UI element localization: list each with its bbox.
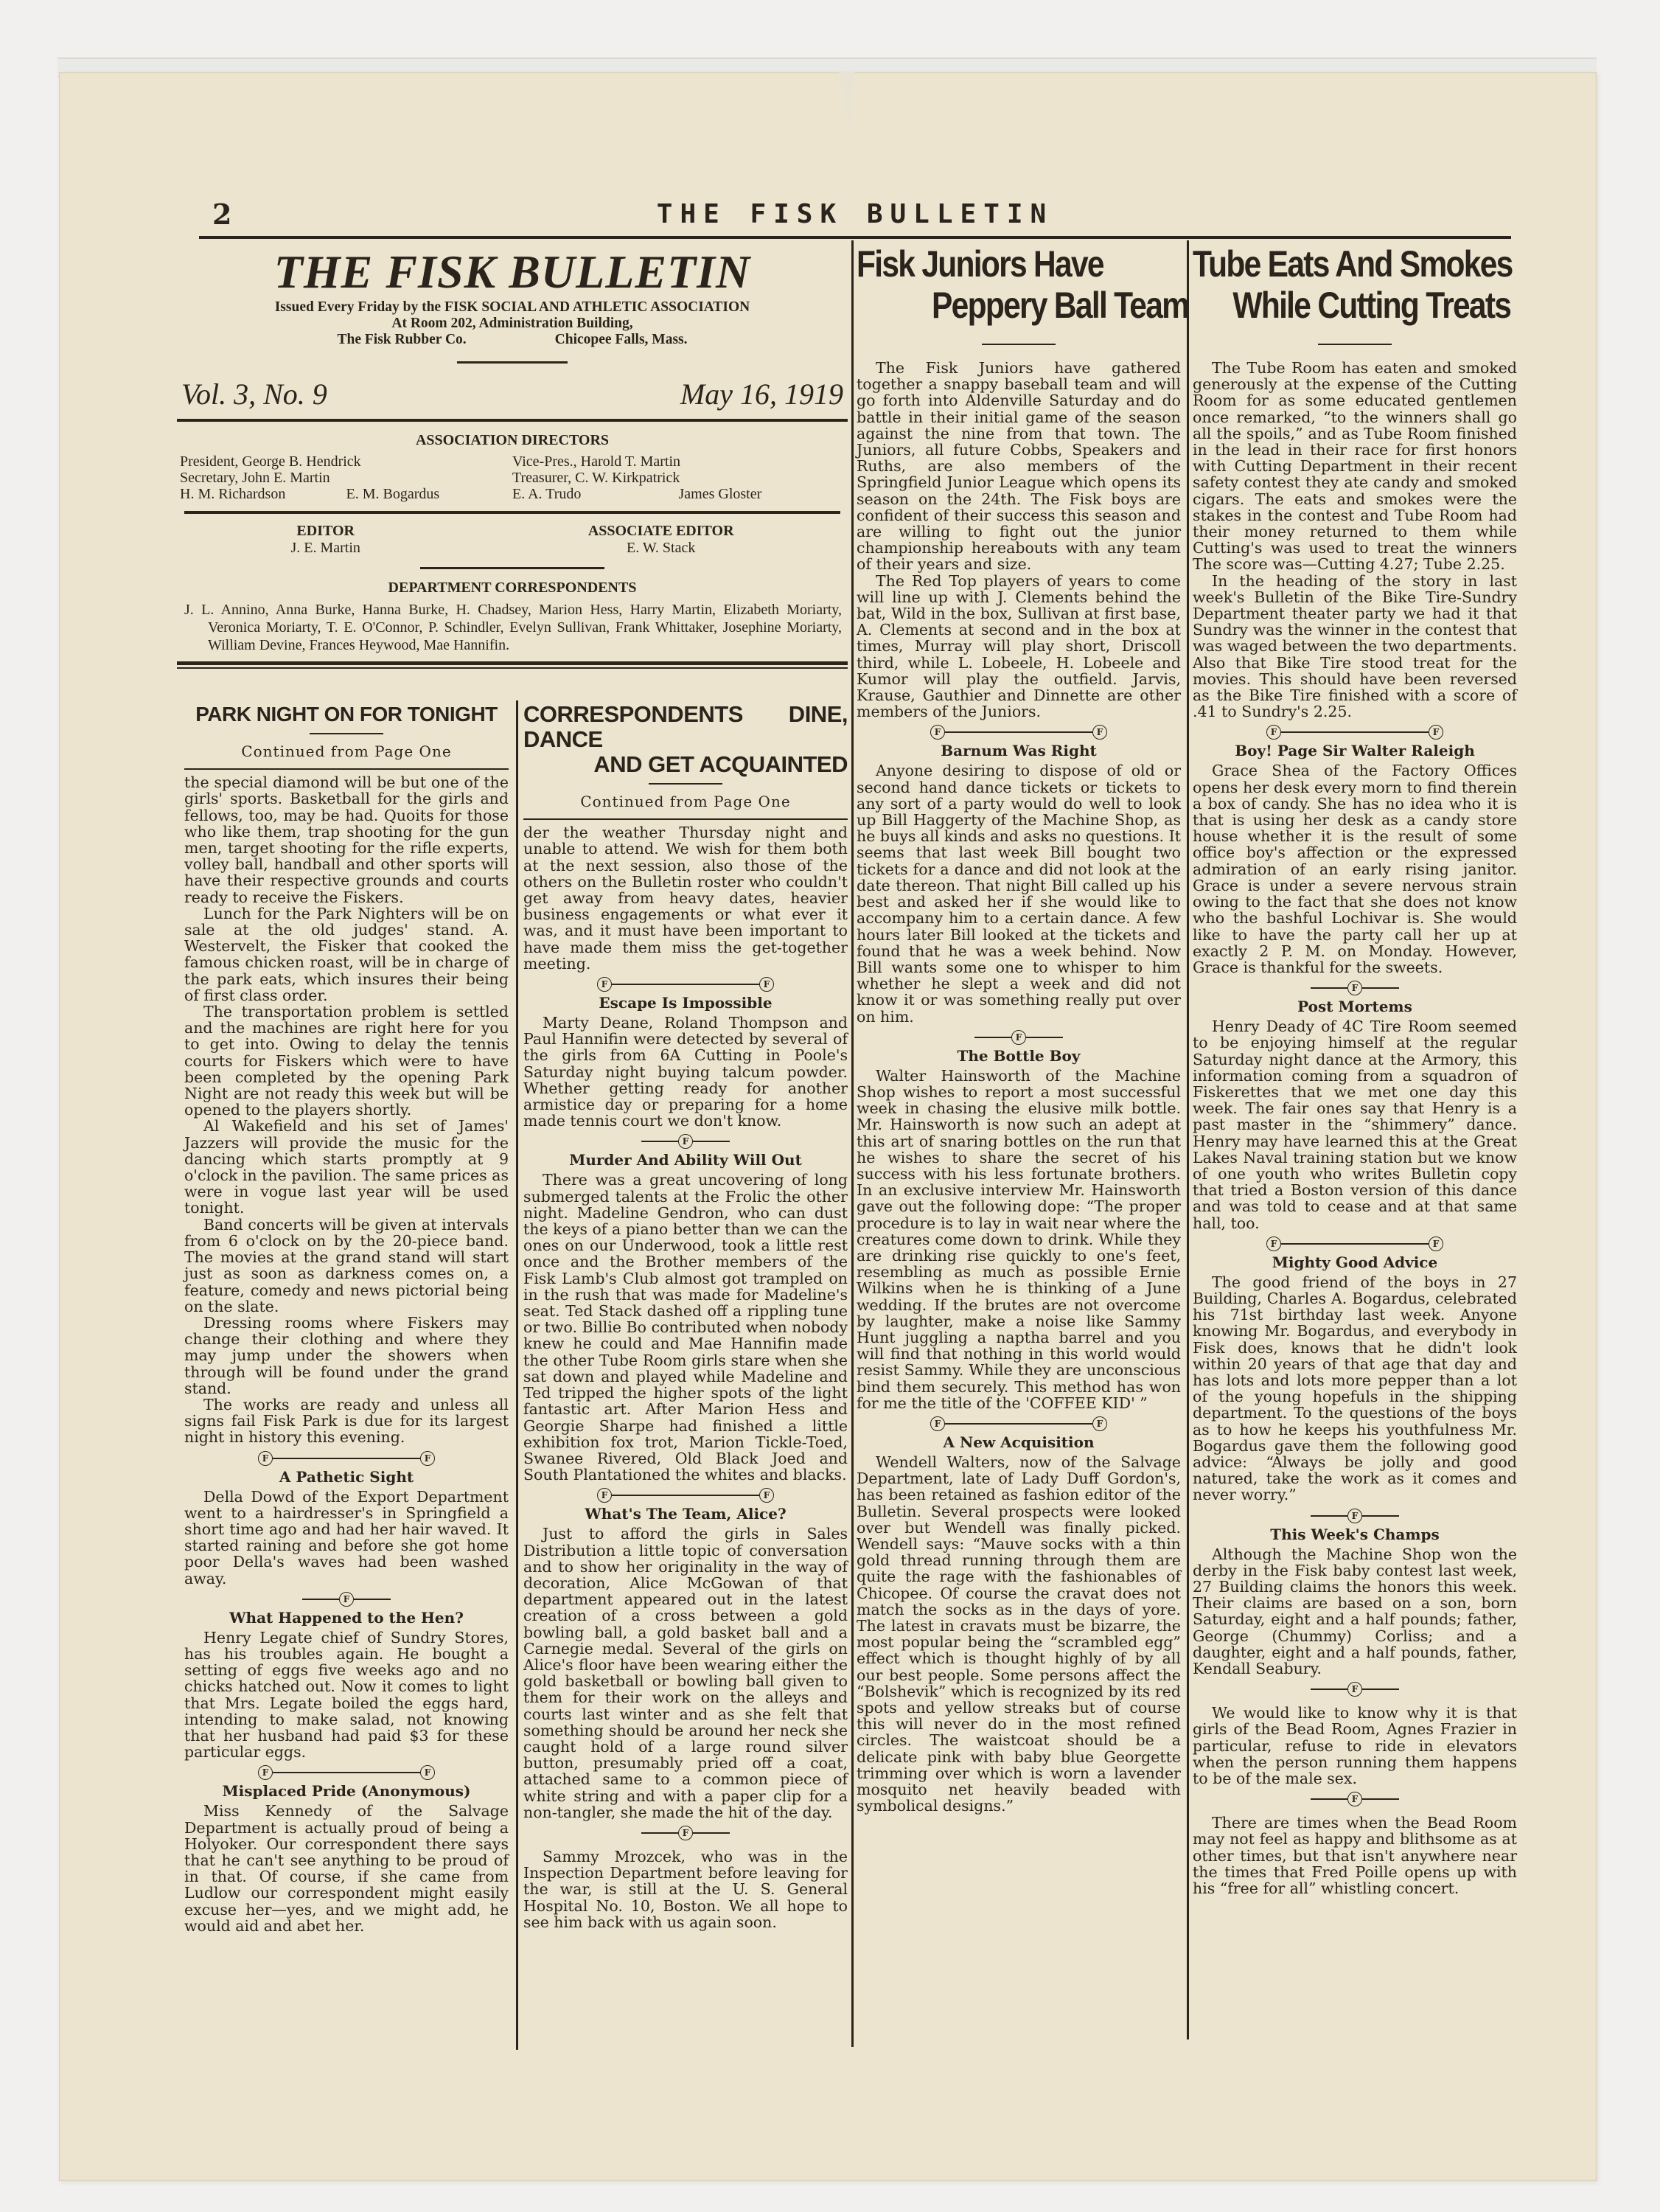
- item-text: Walter Hainsworth of the Machine Shop wi…: [857, 1068, 1181, 1411]
- fisk-f-circle-icon: F: [420, 1765, 435, 1780]
- headline-line-1: Tube Eats And Smokes: [1193, 243, 1468, 285]
- paragraph: The Fisk Juniors have gathered together …: [857, 360, 1181, 573]
- paragraph: Al Wakefield and his set of James' Jazze…: [184, 1118, 509, 1216]
- ornament-line: [945, 1423, 1092, 1425]
- fisk-f-circle-icon: F: [1347, 1509, 1362, 1523]
- ornament-divider: FF: [1193, 724, 1517, 740]
- fisk-f-circle-icon: F: [1347, 1682, 1362, 1697]
- fisk-f-circle-icon: F: [1011, 1030, 1026, 1045]
- article-fisk-juniors: Fisk Juniors Have Peppery Ball Team The …: [857, 243, 1181, 1814]
- subheading: Escape Is Impossible: [523, 994, 848, 1012]
- item-text: Although the Machine Shop won the derby …: [1193, 1546, 1517, 1677]
- fisk-f-circle-icon: F: [930, 1416, 945, 1431]
- ornament-line: [1026, 1037, 1063, 1038]
- headline-line-2: Peppery Ball Team: [857, 285, 1132, 326]
- subheading: Barnum Was Right: [857, 742, 1181, 759]
- ornament-line: [1281, 731, 1429, 733]
- directors-row: President, George B. HendrickVice-Pres.,…: [177, 453, 848, 470]
- item-text: Sammy Mrozcek, who was in the Inspection…: [523, 1848, 848, 1930]
- fisk-f-circle-icon: F: [1092, 725, 1107, 740]
- fisk-f-circle-icon: F: [1429, 1237, 1443, 1251]
- item-text: The good friend of the boys in 27 Buildi…: [1193, 1274, 1517, 1503]
- subheading: Mighty Good Advice: [1193, 1253, 1517, 1271]
- correspondents-list: J. L. Annino, Anna Burke, Hanna Burke, H…: [177, 601, 848, 654]
- ornament-divider: F: [1193, 1791, 1517, 1807]
- divider: [1318, 344, 1392, 345]
- item-text: Miss Kennedy of the Salvage Department i…: [184, 1803, 509, 1934]
- ornament-line: [1362, 1688, 1399, 1690]
- article-correspondents-dine: CORRESPONDENTS DINE, DANCE AND GET ACQUA…: [523, 702, 848, 1930]
- running-title: THE FISK BULLETIN: [199, 199, 1511, 229]
- ornament-line: [1362, 1515, 1399, 1517]
- director-name: E. M. Bogardus: [346, 486, 513, 502]
- paragraph: The transportation problem is settled an…: [184, 1004, 509, 1118]
- director-name: Secretary, John E. Martin: [180, 470, 512, 486]
- fisk-f-circle-icon: F: [759, 977, 774, 992]
- editor-block: EDITORJ. E. Martin: [290, 523, 360, 557]
- company-name: The Fisk Rubber Co.: [337, 332, 466, 348]
- article-body: The Fisk Juniors have gathered together …: [857, 360, 1181, 1814]
- director-name: James Gloster: [679, 486, 845, 502]
- divider: [177, 661, 848, 665]
- fisk-f-circle-icon: F: [1266, 1237, 1281, 1251]
- item-text: Della Dowd of the Export Department went…: [184, 1489, 509, 1587]
- ornament-line: [1362, 987, 1399, 989]
- subheading: Murder And Ability Will Out: [523, 1151, 848, 1169]
- subheading: What's The Team, Alice?: [523, 1505, 848, 1523]
- article-tube-eats: Tube Eats And Smokes While Cutting Treat…: [1193, 243, 1517, 1896]
- ornament-line: [1311, 1688, 1347, 1690]
- divider: [523, 818, 848, 820]
- divider: [457, 361, 568, 364]
- fisk-f-circle-icon: F: [1092, 1416, 1107, 1431]
- subheading: Post Mortems: [1193, 998, 1517, 1015]
- item-text: We would like to know why it is that gir…: [1193, 1705, 1517, 1787]
- directors-row: Secretary, John E. MartinTreasurer, C. W…: [177, 470, 848, 486]
- fisk-f-circle-icon: F: [1266, 725, 1281, 740]
- divider: [310, 733, 383, 734]
- ornament-line: [945, 731, 1092, 733]
- paragraph: Lunch for the Park Nighters will be on s…: [184, 905, 509, 1004]
- fisk-f-circle-icon: F: [339, 1592, 354, 1607]
- director-name: President, George B. Hendrick: [180, 453, 512, 470]
- fisk-f-circle-icon: F: [597, 1488, 612, 1503]
- divider: [982, 344, 1056, 345]
- ornament-divider: FF: [184, 1450, 509, 1467]
- ornament-line: [354, 1599, 391, 1600]
- ornament-line: [1311, 1515, 1347, 1517]
- item-text: Henry Deady of 4C Tire Room seemed to be…: [1193, 1018, 1517, 1231]
- ornament-divider: FF: [523, 976, 848, 992]
- headline-line-2: AND GET ACQUAINTED: [523, 752, 848, 777]
- fisk-f-circle-icon: F: [759, 1488, 774, 1503]
- divider: [184, 768, 509, 770]
- fisk-f-circle-icon: F: [258, 1765, 273, 1780]
- ornament-line: [1281, 1243, 1429, 1245]
- ornament-line: [273, 1458, 420, 1459]
- directors-list: President, George B. HendrickVice-Pres.,…: [177, 453, 848, 502]
- fisk-f-circle-icon: F: [930, 725, 945, 740]
- fisk-f-circle-icon: F: [678, 1826, 693, 1840]
- fisk-f-circle-icon: F: [1347, 981, 1362, 995]
- subheading: This Week's Champs: [1193, 1526, 1517, 1543]
- associate-editor-block: ASSOCIATE EDITORE. W. Stack: [588, 523, 734, 557]
- divider: [177, 419, 848, 422]
- company-location: Chicopee Falls, Mass.: [555, 332, 688, 348]
- divider: [649, 783, 722, 785]
- ornament-divider: F: [857, 1029, 1181, 1046]
- fisk-f-circle-icon: F: [1429, 725, 1443, 740]
- column-rule: [851, 240, 854, 2047]
- continued-note: Continued from Page One: [184, 743, 509, 759]
- ornament-line: [1311, 1798, 1347, 1800]
- issue-date: May 16, 1919: [680, 377, 843, 411]
- fisk-f-circle-icon: F: [678, 1134, 693, 1149]
- directors-row: H. M. RichardsonE. M. BogardusE. A. Trud…: [177, 486, 848, 502]
- header-rule: [199, 236, 1511, 239]
- director-name: E. A. Trudo: [512, 486, 679, 502]
- director-name: Vice-Pres., Harold T. Martin: [512, 453, 845, 470]
- divider: [184, 511, 840, 514]
- article-body: der the weather Thursday night and unabl…: [523, 824, 848, 1930]
- article-body: The Tube Room has eaten and smoked gener…: [1193, 360, 1517, 1896]
- item-text: Anyone desiring to dispose of old or sec…: [857, 762, 1181, 1024]
- subheading: A New Acquisition: [857, 1433, 1181, 1451]
- subheading: The Bottle Boy: [857, 1047, 1181, 1065]
- ornament-divider: FF: [857, 1416, 1181, 1432]
- ornament-divider: F: [523, 1825, 848, 1841]
- item-text: There was a great uncovering of long sub…: [523, 1172, 848, 1483]
- item-text: Wendell Walters, now of the Salvage Depa…: [857, 1454, 1181, 1814]
- divider: [420, 567, 604, 569]
- headline-line-1: Fisk Juniors Have: [857, 243, 1132, 285]
- headline-line-1: CORRESPONDENTS DINE, DANCE: [523, 702, 848, 752]
- ornament-line: [693, 1141, 730, 1142]
- ornament-divider: FF: [857, 724, 1181, 740]
- item-text: Just to afford the girls in Sales Distri…: [523, 1526, 848, 1820]
- headline: PARK NIGHT ON FOR TONIGHT: [184, 702, 509, 727]
- ornament-line: [302, 1599, 339, 1600]
- item-text: There are times when the Bead Room may n…: [1193, 1815, 1517, 1896]
- ornament-line: [1311, 987, 1347, 989]
- ornament-line: [612, 984, 759, 985]
- ornament-divider: F: [1193, 1508, 1517, 1524]
- ornament-divider: F: [523, 1133, 848, 1150]
- subheading: A Pathetic Sight: [184, 1468, 509, 1486]
- ornament-line: [1362, 1798, 1399, 1800]
- paragraph: Band concerts will be given at intervals…: [184, 1217, 509, 1315]
- ornament-divider: F: [184, 1591, 509, 1607]
- ornament-line: [974, 1037, 1011, 1038]
- fisk-f-circle-icon: F: [258, 1451, 273, 1466]
- ornament-divider: FF: [184, 1764, 509, 1781]
- divider: [177, 667, 848, 669]
- fisk-f-circle-icon: F: [597, 977, 612, 992]
- ornament-line: [641, 1141, 678, 1142]
- address-line: At Room 202, Administration Building,: [177, 316, 848, 332]
- ornament-line: [612, 1495, 759, 1496]
- column-rule: [516, 700, 518, 2050]
- article-body: the special diamond will be but one of t…: [184, 774, 509, 1934]
- ornament-divider: FF: [523, 1487, 848, 1503]
- paragraph: In the heading of the story in last week…: [1193, 573, 1517, 720]
- continued-note: Continued from Page One: [523, 793, 848, 810]
- subheading: Boy! Page Sir Walter Raleigh: [1193, 742, 1517, 759]
- correspondents-heading: DEPARTMENT CORRESPONDENTS: [177, 580, 848, 597]
- masthead: THE FISK BULLETIN Issued Every Friday by…: [177, 240, 848, 669]
- paragraph: The Tube Room has eaten and smoked gener…: [1193, 360, 1517, 573]
- subheading: What Happened to the Hen?: [184, 1609, 509, 1627]
- running-header: 2 THE FISK BULLETIN: [199, 198, 1511, 234]
- column-rule: [1187, 240, 1189, 2039]
- ornament-line: [693, 1832, 730, 1834]
- paragraph: The Red Top players of years to come wil…: [857, 573, 1181, 720]
- volume-number: Vol. 3, No. 9: [181, 377, 327, 411]
- directors-heading: ASSOCIATION DIRECTORS: [177, 432, 848, 449]
- ornament-divider: F: [1193, 1681, 1517, 1697]
- article-park-night: PARK NIGHT ON FOR TONIGHT Continued from…: [184, 702, 509, 1934]
- paragraph: the special diamond will be but one of t…: [184, 774, 509, 905]
- item-text: Grace Shea of the Factory Offices opens …: [1193, 762, 1517, 975]
- issued-line: Issued Every Friday by the FISK SOCIAL A…: [177, 299, 848, 316]
- paragraph: Dressing rooms where Fiskers may change …: [184, 1315, 509, 1397]
- subheading: Misplaced Pride (Anonymous): [184, 1782, 509, 1800]
- item-text: Henry Legate chief of Sundry Stores, has…: [184, 1630, 509, 1761]
- ornament-divider: F: [1193, 980, 1517, 996]
- paragraph: der the weather Thursday night and unabl…: [523, 824, 848, 972]
- director-name: H. M. Richardson: [180, 486, 346, 502]
- ornament-divider: FF: [1193, 1236, 1517, 1252]
- paragraph: The works are ready and unless all signs…: [184, 1397, 509, 1446]
- ornament-line: [273, 1772, 420, 1773]
- ornament-line: [641, 1832, 678, 1834]
- fisk-f-circle-icon: F: [1347, 1792, 1362, 1806]
- masthead-title: THE FISK BULLETIN: [177, 245, 848, 299]
- fisk-f-circle-icon: F: [420, 1451, 435, 1466]
- director-name: Treasurer, C. W. Kirkpatrick: [512, 470, 845, 486]
- headline-line-2: While Cutting Treats: [1193, 285, 1468, 326]
- item-text: Marty Deane, Roland Thompson and Paul Ha…: [523, 1015, 848, 1129]
